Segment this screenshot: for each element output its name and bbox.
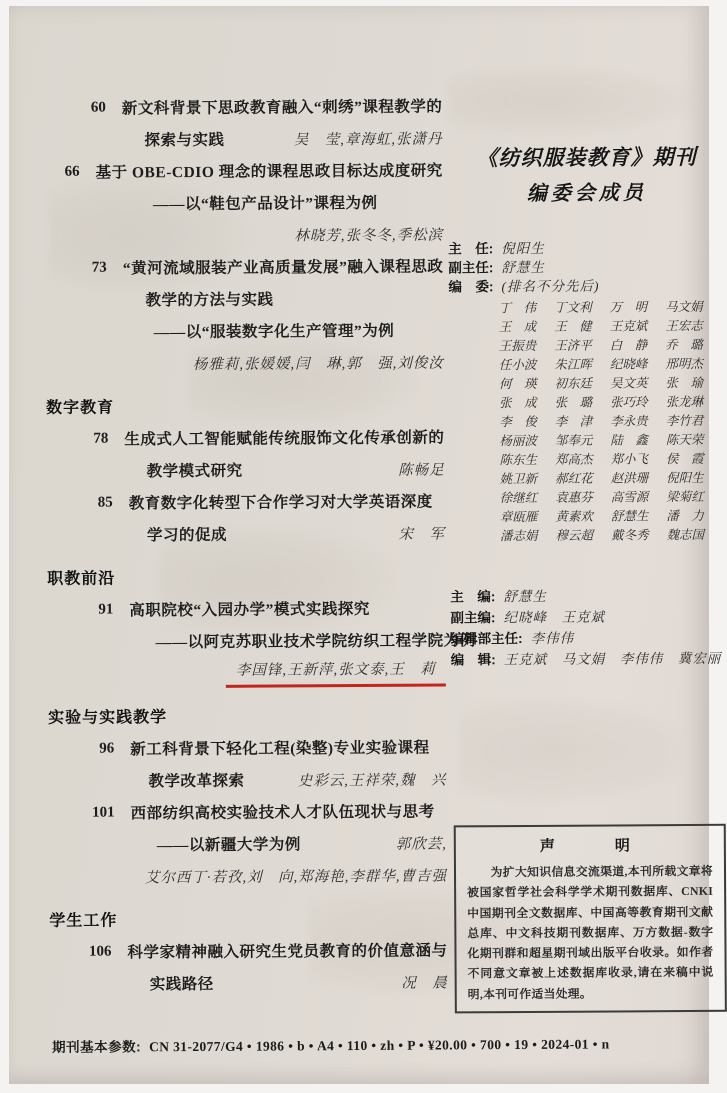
statement-title: 声 明: [467, 834, 713, 857]
role-value: 李伟伟: [531, 626, 575, 646]
committee-member-name: 郑小飞: [610, 449, 666, 467]
toc-entry-91-authors: 李国锋,王新萍,张文泰,王 莉: [48, 655, 446, 689]
toc-entry-66-authors: 林晓芳,张冬冬,季松滨: [45, 217, 443, 251]
committee-row: 姚卫新郝红花赵洪珊倪阳生: [500, 467, 722, 487]
role-label: 编 委:: [448, 275, 493, 295]
role-label: 编辑部主任:: [451, 627, 523, 647]
article-title-continued: 教学模式研究: [146, 459, 242, 482]
committee-member-name: 乔 璐: [665, 334, 721, 352]
role-committee: 编 委: (排名不分先后): [448, 274, 726, 295]
toc-entry-85-line2: 学习的促成 宋 军: [47, 516, 445, 550]
page-number: 96: [48, 740, 130, 758]
committee-member-name: 白 静: [610, 335, 666, 353]
section-header-experiment-teaching: 实验与实践教学: [48, 696, 446, 732]
committee-member-name: 纪晓峰: [610, 354, 666, 372]
article-title: 科学家精神融入研究生党员教育的价值意涵与: [127, 938, 447, 962]
table-of-contents: 60 新文科背景下思政教育融入“刺绣”课程教学的 探索与实践 吴 莹,章海虹,张…: [44, 89, 448, 999]
page-number: 91: [47, 601, 129, 619]
toc-entry-73-line2: 教学的方法与实践: [45, 281, 443, 315]
committee-row: 陈东生郑高杰郑小飞侯 霞: [499, 448, 721, 468]
committee-member-name: 潘志娟: [500, 525, 556, 543]
committee-grid: 丁 伟丁文利万 明马文娟王 成王 健王克斌王宏志王振贵王济平白 静乔 璐任小波朱…: [498, 296, 722, 544]
committee-member-name: 陈天荣: [666, 429, 722, 447]
committee-row: 章瓯雁黄素欢舒慧生潘 力: [500, 505, 722, 525]
committee-member-name: 姚卫新: [500, 468, 556, 486]
toc-entry-73-authors: 杨雅莉,张媛媛,闫 琳,郭 强,刘俊汝: [46, 345, 444, 379]
committee-member-name: 朱江晖: [554, 354, 610, 372]
article-title: 新工科背景下轻化工程(染整)专业实验课程: [130, 736, 429, 760]
role-label: 副主任:: [448, 256, 493, 276]
toc-entry-78-line2: 教学模式研究 陈畅足: [46, 452, 444, 486]
article-authors: 陈畅足: [398, 458, 445, 479]
committee-member-name: 何 瑛: [499, 373, 555, 391]
article-title: 教育数字化转型下合作学习对大学英语深度: [129, 490, 433, 514]
role-value: 舒慧生: [503, 584, 547, 604]
board-roles: 主 任: 倪阳生 副主任: 舒慧生 编 委: (排名不分先后): [448, 236, 726, 295]
journal-basic-parameters: 期刊基本参数: CN 31-2077/G4 • 1986 • b • A4 • …: [52, 1032, 712, 1056]
committee-member-name: 潘 力: [666, 505, 722, 523]
role-director: 主 任: 倪阳生: [448, 236, 726, 257]
committee-member-name: 李竹君: [666, 410, 722, 428]
committee-member-name: 徐继红: [500, 487, 556, 505]
committee-note: (排名不分先后): [501, 274, 599, 295]
committee-member-name: 穆云超: [555, 525, 611, 543]
committee-member-name: 郑高杰: [555, 449, 611, 467]
role-editorial-dept-head: 编辑部主任: 李伟伟: [450, 625, 727, 648]
role-value: 王克斌 马文娟 李伟伟 冀宏丽: [504, 646, 722, 667]
committee-member-name: 马文娟: [665, 296, 721, 314]
committee-member-name: 李永贵: [610, 411, 666, 429]
toc-entry-96-line1: 96 新工科背景下轻化工程(染整)专业实验课程: [48, 730, 446, 764]
committee-member-name: 侯 霞: [666, 448, 722, 466]
article-title: 生成式人工智能赋能传统服饰文化传承创新的: [124, 425, 444, 449]
committee-row: 王 成王 健王克斌王宏志: [499, 315, 721, 335]
committee-member-name: 王 成: [499, 316, 555, 334]
toc-entry-101-authors: 艾尔西丁·若孜,刘 向,郑海艳,李群华,曹吉强: [49, 858, 447, 892]
committee-member-name: 张 璐: [555, 392, 611, 410]
committee-row: 李 俊李 津李永贵李竹君: [499, 410, 721, 430]
toc-entry-60-line2: 探索与实践 吴 莹,章海虹,张潇丹: [44, 121, 442, 155]
committee-member-name: 张 成: [499, 392, 555, 410]
committee-member-name: 李 津: [555, 411, 611, 429]
committee-member-name: 黄素欢: [555, 506, 611, 524]
committee-member-name: 任小波: [499, 354, 555, 372]
role-deputy-chief-editor: 副主编: 纪晓峰 王克斌: [450, 604, 727, 627]
article-title-continued: 教学改革探索: [148, 769, 244, 792]
article-authors-second-part: 艾尔西丁·若孜,刘 向,郑海艳,李群华,曹吉强: [145, 864, 447, 887]
statement-body: 为扩大知识信息交流渠道,本刊所载文章将被国家哲学社会科学学术期刊数据库、CNKI…: [467, 861, 714, 1005]
role-label: 主 任:: [448, 237, 493, 257]
toc-entry-106-line1: 106 科学家精神融入研究生党员教育的价值意涵与: [49, 933, 447, 967]
committee-member-name: 邹奉元: [555, 430, 611, 448]
article-authors: 林晓芳,张冬冬,季松滨: [294, 223, 443, 245]
committee-member-name: 章瓯雁: [500, 506, 556, 524]
footer-label: 期刊基本参数:: [52, 1035, 141, 1056]
committee-member-name: 王济平: [554, 335, 610, 353]
committee-member-name: 袁惠芬: [555, 487, 611, 505]
article-title: “黄河流域服装产业高质量发展”融入课程思政: [123, 254, 444, 278]
toc-entry-78-line1: 78 生成式人工智能赋能传统服饰文化传承创新的: [46, 420, 444, 454]
committee-member-name: 郝红花: [555, 468, 611, 486]
page-number: 85: [47, 494, 129, 512]
article-authors-red-underlined: 李国锋,王新萍,张文泰,王 莉: [226, 657, 446, 687]
committee-member-name: 戴冬秀: [611, 525, 667, 543]
article-title-continued: 教学的方法与实践: [145, 288, 273, 311]
committee-member-name: 吴文英: [610, 373, 666, 391]
committee-member-name: 赵洪珊: [611, 468, 667, 486]
committee-member-name: 倪阳生: [666, 467, 722, 485]
role-value: 舒慧生: [501, 255, 545, 275]
committee-member-name: 王宏志: [665, 315, 721, 333]
editorial-board-panel: 《纺织服装教育》期刊 编委会成员 主 任: 倪阳生 副主任: 舒慧生 编 委: …: [448, 142, 727, 669]
committee-member-name: 王振贵: [499, 335, 555, 353]
article-title-continued: 学习的促成: [147, 523, 227, 545]
committee-member-name: 王克斌: [610, 316, 666, 334]
article-subtitle: ——以“鞋包产品设计”课程为例: [153, 191, 378, 214]
article-authors: 史彩云,王祥荣,魏 兴: [298, 768, 447, 790]
committee-member-name: 初东廷: [554, 373, 610, 391]
committee-member-name: 万 明: [609, 297, 665, 315]
role-value: 倪阳生: [501, 236, 545, 256]
article-title-continued: 实践路径: [150, 972, 214, 994]
page-number: 66: [45, 163, 96, 180]
toc-entry-101-line1: 101 西部纺织高校实验技术人才队伍现状与思考: [49, 794, 447, 828]
committee-member-name: 丁 伟: [498, 297, 554, 315]
statement-box: 声 明 为扩大知识信息交流渠道,本刊所载文章将被国家哲学社会科学学术期刊数据库、…: [454, 824, 727, 1014]
toc-entry-73-line1: 73 “黄河流域服装产业高质量发展”融入课程思政: [45, 249, 443, 283]
toc-entry-106-line2: 实践路径 况 晨: [50, 965, 448, 999]
committee-row: 潘志娟穆云超戴冬秀魏志国: [500, 524, 722, 544]
footer-value: CN 31-2077/G4 • 1986 • b • A4 • 110 • zh…: [149, 1036, 610, 1055]
committee-row: 杨丽波邹奉元陆 鑫陈天荣: [499, 429, 721, 449]
committee-row: 徐继红袁惠芬高雪源梁菊红: [500, 486, 722, 506]
article-title: 高职院校“入园办学”模式实践探究: [129, 597, 370, 620]
role-value: 纪晓峰 王克斌: [503, 605, 605, 626]
committee-member-name: 高雪源: [611, 487, 667, 505]
committee-row: 何 瑛初东廷吴文英张 瑜: [499, 372, 721, 392]
article-title: 新文科背景下思政教育融入“刺绣”课程教学的: [122, 94, 443, 118]
role-deputy-director: 副主任: 舒慧生: [448, 255, 726, 276]
article-title: 基于 OBE-CDIO 理念的课程思政目标达成度研究: [96, 158, 443, 182]
committee-member-name: 李 俊: [499, 411, 555, 429]
role-label: 编 辑:: [451, 648, 496, 668]
journal-subtitle: 编委会成员: [448, 178, 726, 210]
page-number: 101: [49, 804, 131, 822]
committee-member-name: 梁菊红: [666, 486, 722, 504]
scanned-page: 60 新文科背景下思政教育融入“刺绣”课程教学的 探索与实践 吴 莹,章海虹,张…: [9, 6, 709, 1084]
role-editors: 编 辑: 王克斌 马文娟 李伟伟 冀宏丽: [451, 646, 727, 669]
toc-entry-60-line1: 60 新文科背景下思政教育融入“刺绣”课程教学的: [44, 89, 442, 123]
committee-member-name: 邢明杰: [665, 353, 721, 371]
article-authors: 宋 军: [398, 522, 445, 543]
committee-member-name: 丁文利: [554, 297, 610, 315]
section-header-vocational-education: 职教前沿: [47, 557, 445, 593]
committee-row: 丁 伟丁文利万 明马文娟: [498, 296, 720, 316]
article-authors: 况 晨: [401, 971, 448, 992]
page-number: 73: [45, 259, 123, 276]
toc-entry-91-line1: 91 高职院校“入园办学”模式实践探究: [47, 591, 445, 625]
article-subtitle: ——以阿克苏职业技术学院纺织工程学院为例: [156, 628, 476, 652]
committee-row: 张 成张 璐张巧玲张龙琳: [499, 391, 721, 411]
committee-member-name: 张巧玲: [610, 392, 666, 410]
committee-member-name: 王 健: [554, 316, 610, 334]
article-subtitle: ——以“服装数字化生产管理”为例: [154, 319, 395, 342]
toc-entry-101-subtitle: ——以新疆大学为例 郭欣芸,: [49, 826, 447, 860]
article-authors: 吴 莹,章海虹,张潇丹: [294, 127, 443, 149]
toc-entry-66-subtitle: ——以“鞋包产品设计”课程为例: [45, 185, 443, 219]
toc-entry-91-subtitle: ——以阿克苏职业技术学院纺织工程学院为例: [47, 623, 445, 657]
article-title-continued: 探索与实践: [144, 128, 224, 150]
committee-row: 王振贵王济平白 静乔 璐: [499, 334, 721, 354]
article-authors-first-part: 郭欣芸,: [396, 832, 447, 853]
committee-row: 任小波朱江晖纪晓峰邢明杰: [499, 353, 721, 373]
editorial-staff: 主 编: 舒慧生 副主编: 纪晓峰 王克斌 编辑部主任: 李伟伟 编 辑: 王克…: [450, 583, 727, 669]
toc-entry-85-line1: 85 教育数字化转型下合作学习对大学英语深度: [47, 484, 445, 518]
article-authors: 杨雅莉,张媛媛,闫 琳,郭 强,刘俊汝: [193, 351, 444, 374]
committee-member-name: 陆 鑫: [610, 430, 666, 448]
committee-member-name: 张 瑜: [665, 372, 721, 390]
article-title: 西部纺织高校实验技术人才队伍现状与思考: [131, 800, 435, 824]
committee-member-name: 陈东生: [499, 449, 555, 467]
committee-member-name: 张龙琳: [666, 391, 722, 409]
role-label: 主 编:: [450, 585, 495, 605]
page-number: 78: [46, 430, 124, 447]
page-number: 60: [44, 99, 122, 116]
section-header-digital-education: 数字教育: [46, 386, 444, 422]
committee-member-name: 舒慧生: [611, 506, 667, 524]
committee-member-name: 杨丽波: [499, 430, 555, 448]
role-label: 副主编:: [450, 606, 495, 626]
article-subtitle: ——以新疆大学为例: [157, 832, 301, 855]
page-number: 106: [49, 943, 127, 960]
toc-entry-96-line2: 教学改革探索 史彩云,王祥荣,魏 兴: [48, 762, 446, 796]
journal-title: 《纺织服装教育》期刊: [448, 142, 726, 174]
section-header-student-work: 学生工作: [49, 899, 447, 935]
committee-member-name: 魏志国: [666, 524, 722, 542]
toc-entry-66-line1: 66 基于 OBE-CDIO 理念的课程思政目标达成度研究: [45, 153, 443, 187]
role-chief-editor: 主 编: 舒慧生: [450, 583, 727, 606]
toc-entry-73-subtitle: ——以“服装数字化生产管理”为例: [46, 313, 444, 347]
